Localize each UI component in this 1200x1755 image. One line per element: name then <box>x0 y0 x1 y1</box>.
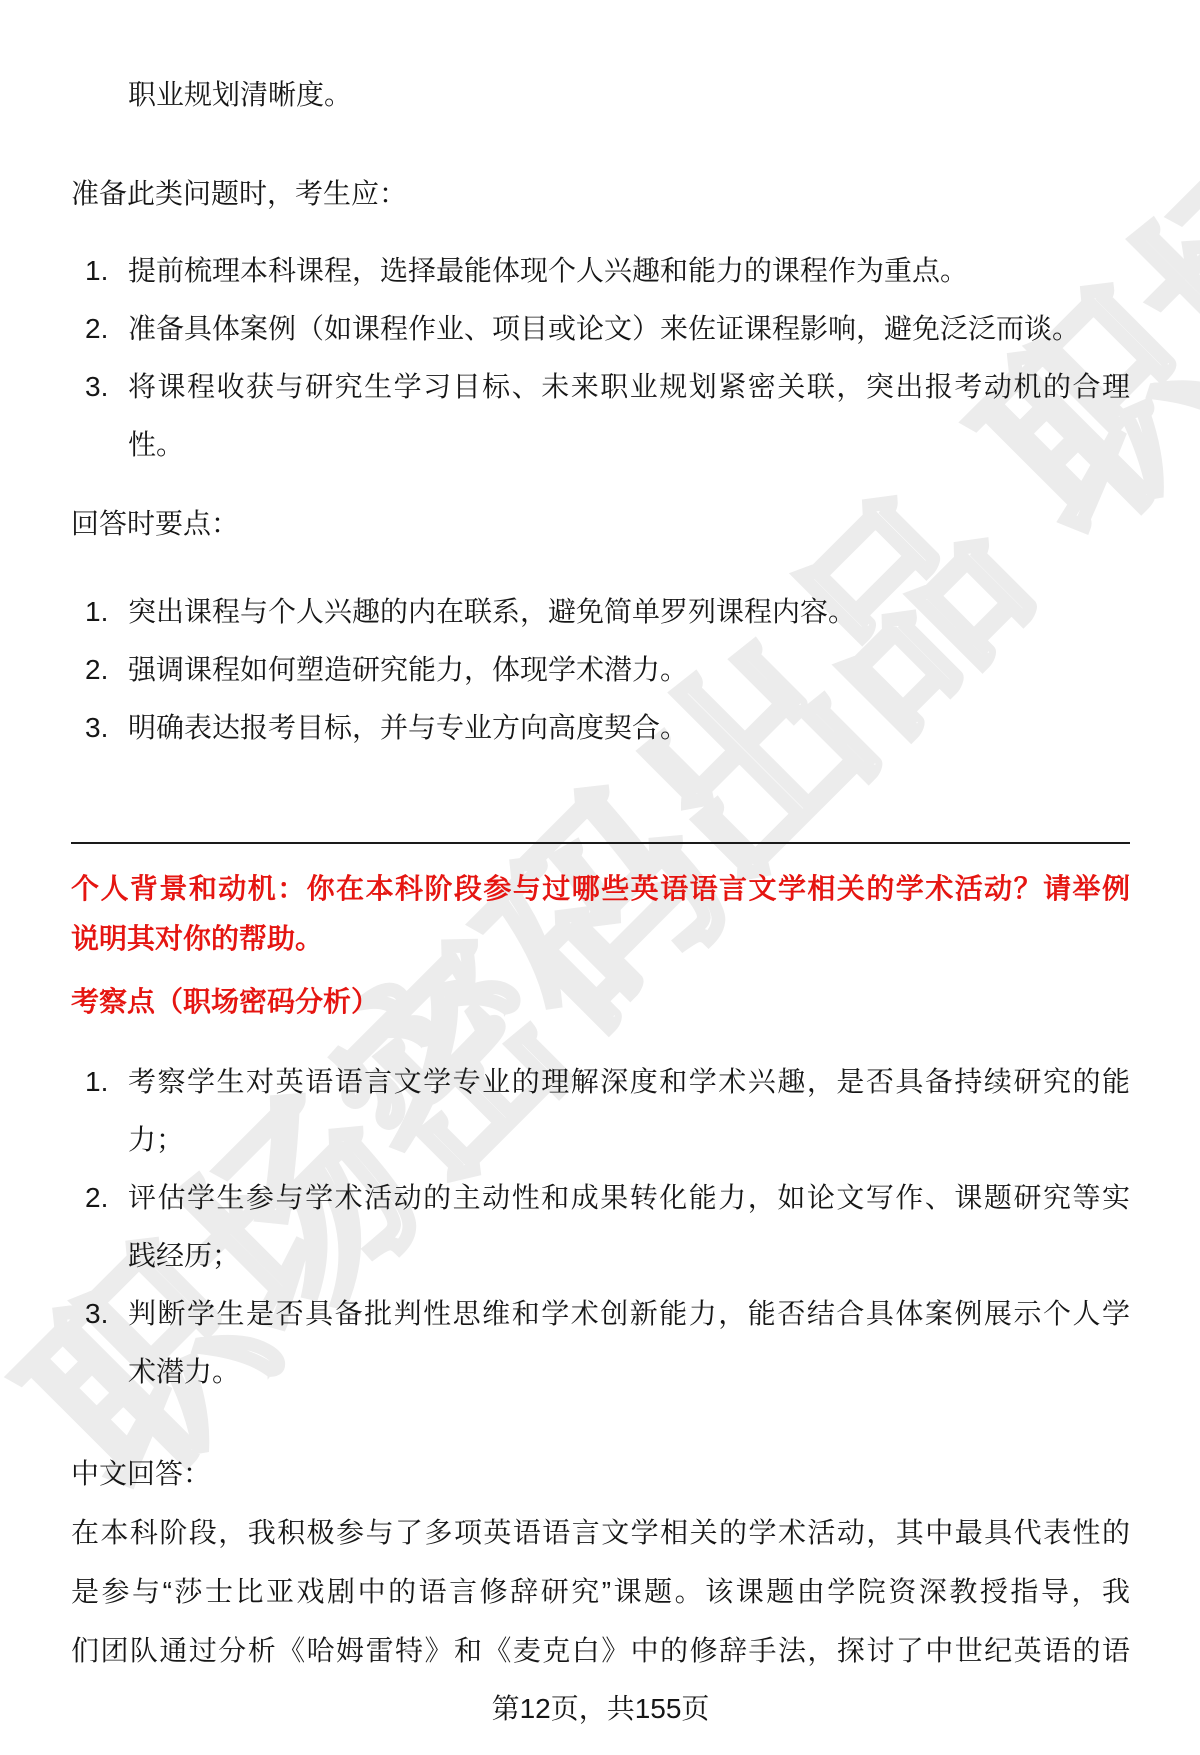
chinese-answer-label: 中文回答： <box>71 1445 1130 1503</box>
list-item-line: 践经历； <box>128 1227 1130 1285</box>
list-item-line: 将课程收获与研究生学习目标、未来职业规划紧密关联，突出报考动机的合理 <box>128 358 1130 416</box>
page-footer: 第12页，共155页 <box>71 1680 1130 1738</box>
prep-intro: 准备此类问题时，考生应： <box>71 165 1130 223</box>
answer-paragraph-line: 在本科阶段，我积极参与了多项英语语言文学相关的学术活动，其中最具代表性的 <box>71 1503 1130 1562</box>
list-item-number: 2. <box>85 641 128 699</box>
list-item: 1. 提前梳理本科课程，选择最能体现个人兴趣和能力的课程作为重点。 <box>85 242 1130 300</box>
list-item: 2. 评估学生参与学术活动的主动性和成果转化能力，如论文写作、课题研究等实 践经… <box>85 1169 1130 1285</box>
list-item-line: 考察学生对英语语言文学专业的理解深度和学术兴趣，是否具备持续研究的能 <box>128 1053 1130 1111</box>
list-item-number: 1. <box>85 583 128 641</box>
list-item-line: 判断学生是否具备批判性思维和学术创新能力，能否结合具体案例展示个人学 <box>128 1285 1130 1343</box>
carryover-line: 职业规划清晰度。 <box>71 66 1130 124</box>
list-item-line: 准备具体案例（如课程作业、项目或论文）来佐证课程影响，避免泛泛而谈。 <box>128 300 1130 358</box>
question-heading: 个人背景和动机：你在本科阶段参与过哪些英语语言文学相关的学术活动？请举例 说明其… <box>71 864 1130 964</box>
list-item-number: 1. <box>85 1053 128 1111</box>
list-item-number: 1. <box>85 242 128 300</box>
list-item-line: 术潜力。 <box>128 1343 1130 1401</box>
list-item-line: 评估学生参与学术活动的主动性和成果转化能力，如论文写作、课题研究等实 <box>128 1169 1130 1227</box>
list-item: 3. 将课程收获与研究生学习目标、未来职业规划紧密关联，突出报考动机的合理 性。 <box>85 358 1130 474</box>
list-item-line: 突出课程与个人兴趣的内在联系，避免简单罗列课程内容。 <box>128 583 1130 641</box>
list-item-number: 3. <box>85 699 128 757</box>
list-item-line: 提前梳理本科课程，选择最能体现个人兴趣和能力的课程作为重点。 <box>128 242 1130 300</box>
question-heading-line: 说明其对你的帮助。 <box>71 914 1130 964</box>
list-item: 2. 强调课程如何塑造研究能力，体现学术潜力。 <box>85 641 1130 699</box>
list-item-line: 性。 <box>128 416 1130 474</box>
answer-points-list: 1. 突出课程与个人兴趣的内在联系，避免简单罗列课程内容。 2. 强调课程如何塑… <box>71 583 1130 757</box>
list-item: 1. 突出课程与个人兴趣的内在联系，避免简单罗列课程内容。 <box>85 583 1130 641</box>
list-item: 2. 准备具体案例（如课程作业、项目或论文）来佐证课程影响，避免泛泛而谈。 <box>85 300 1130 358</box>
list-item-line: 力； <box>128 1111 1130 1169</box>
document-page: 职业规划清晰度。 准备此类问题时，考生应： 1. 提前梳理本科课程，选择最能体现… <box>0 0 1200 1755</box>
section-divider <box>71 842 1130 844</box>
list-item-number: 3. <box>85 358 128 416</box>
list-item-line: 强调课程如何塑造研究能力，体现学术潜力。 <box>128 641 1130 699</box>
analysis-heading: 考察点（职场密码分析） <box>71 973 1130 1031</box>
answer-points-intro: 回答时要点： <box>71 495 1130 553</box>
list-item-number: 2. <box>85 300 128 358</box>
answer-paragraph-line: 们团队通过分析《哈姆雷特》和《麦克白》中的修辞手法，探讨了中世纪英语的语 <box>71 1621 1130 1680</box>
list-item: 1. 考察学生对英语语言文学专业的理解深度和学术兴趣，是否具备持续研究的能 力； <box>85 1053 1130 1169</box>
analysis-list: 1. 考察学生对英语语言文学专业的理解深度和学术兴趣，是否具备持续研究的能 力；… <box>71 1053 1130 1401</box>
list-item-number: 3. <box>85 1285 128 1343</box>
list-item: 3. 判断学生是否具备批判性思维和学术创新能力，能否结合具体案例展示个人学 术潜… <box>85 1285 1130 1401</box>
question-heading-line: 个人背景和动机：你在本科阶段参与过哪些英语语言文学相关的学术活动？请举例 <box>71 864 1130 914</box>
prep-list: 1. 提前梳理本科课程，选择最能体现个人兴趣和能力的课程作为重点。 2. 准备具… <box>71 242 1130 474</box>
answer-paragraph-line: 是参与“莎士比亚戏剧中的语言修辞研究”课题。该课题由学院资深教授指导，我 <box>71 1562 1130 1621</box>
answer-paragraph: 在本科阶段，我积极参与了多项英语语言文学相关的学术活动，其中最具代表性的 是参与… <box>71 1503 1130 1680</box>
list-item-number: 2. <box>85 1169 128 1227</box>
list-item-line: 明确表达报考目标，并与专业方向高度契合。 <box>128 699 1130 757</box>
list-item: 3. 明确表达报考目标，并与专业方向高度契合。 <box>85 699 1130 757</box>
